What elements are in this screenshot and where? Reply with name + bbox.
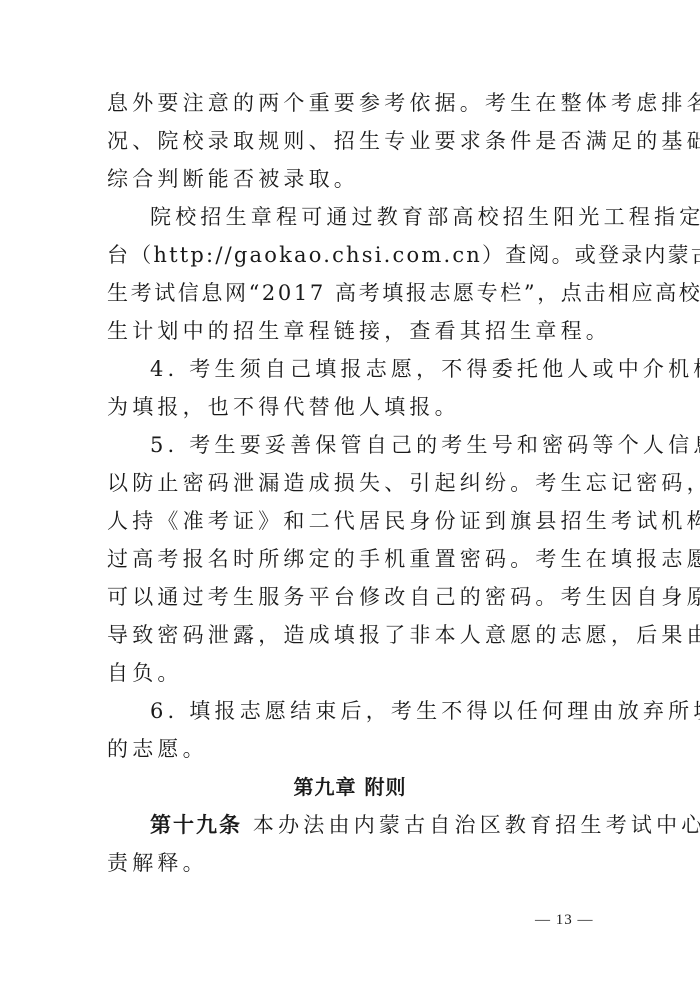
- body-line: 以防止密码泄漏造成损失、引起纠纷。考生忘记密码，需本: [107, 464, 597, 502]
- chapter-heading: 第九章 附则: [0, 768, 700, 806]
- body-line: 综合判断能否被录取。: [107, 160, 597, 198]
- body-line: 息外要注意的两个重要参考依据。考生在整体考虑排名情: [107, 84, 597, 122]
- list-item-5: 5. 考生要妥善保管自己的考生号和密码等个人信息，: [150, 426, 597, 464]
- list-item-4: 4. 考生须自己填报志愿，不得委托他人或中介机构代: [150, 350, 597, 388]
- body-line: 自负。: [107, 654, 597, 692]
- body-line: 生计划中的招生章程链接，查看其招生章程。: [107, 312, 597, 350]
- list-item-6: 6. 填报志愿结束后，考生不得以任何理由放弃所填报: [150, 692, 597, 730]
- page-number: — 13 —: [535, 912, 594, 929]
- body-line: 况、院校录取规则、招生专业要求条件是否满足的基础上，: [107, 122, 597, 160]
- body-line: 导致密码泄露，造成填报了非本人意愿的志愿，后果由本人: [107, 616, 597, 654]
- body-line: 为填报，也不得代替他人填报。: [107, 388, 597, 426]
- article-paragraph: 第十九条 本办法由内蒙古自治区教育招生考试中心负: [150, 806, 597, 844]
- paragraph-start: 院校招生章程可通过教育部高校招生阳光工程指定平: [150, 198, 597, 236]
- body-line: 可以通过考生服务平台修改自己的密码。考生因自身原因而: [107, 578, 597, 616]
- body-line-with-url: 台（http://gaokao.chsi.com.cn）查阅。或登录内蒙古招: [107, 236, 597, 274]
- body-line: 的志愿。: [107, 730, 597, 768]
- document-page: 息外要注意的两个重要参考依据。考生在整体考虑排名情 况、院校录取规则、招生专业要…: [0, 0, 700, 990]
- body-line: 人持《准考证》和二代居民身份证到旗县招生考试机构或通: [107, 502, 597, 540]
- body-line: 生考试信息网“2017 高考填报志愿专栏”，点击相应高校招: [107, 274, 597, 312]
- body-line: 过高考报名时所绑定的手机重置密码。考生在填报志愿前也: [107, 540, 597, 578]
- body-line: 责解释。: [107, 844, 597, 882]
- article-label: 第十九条: [150, 813, 242, 837]
- article-text: 本办法由内蒙古自治区教育招生考试中心负: [253, 813, 700, 837]
